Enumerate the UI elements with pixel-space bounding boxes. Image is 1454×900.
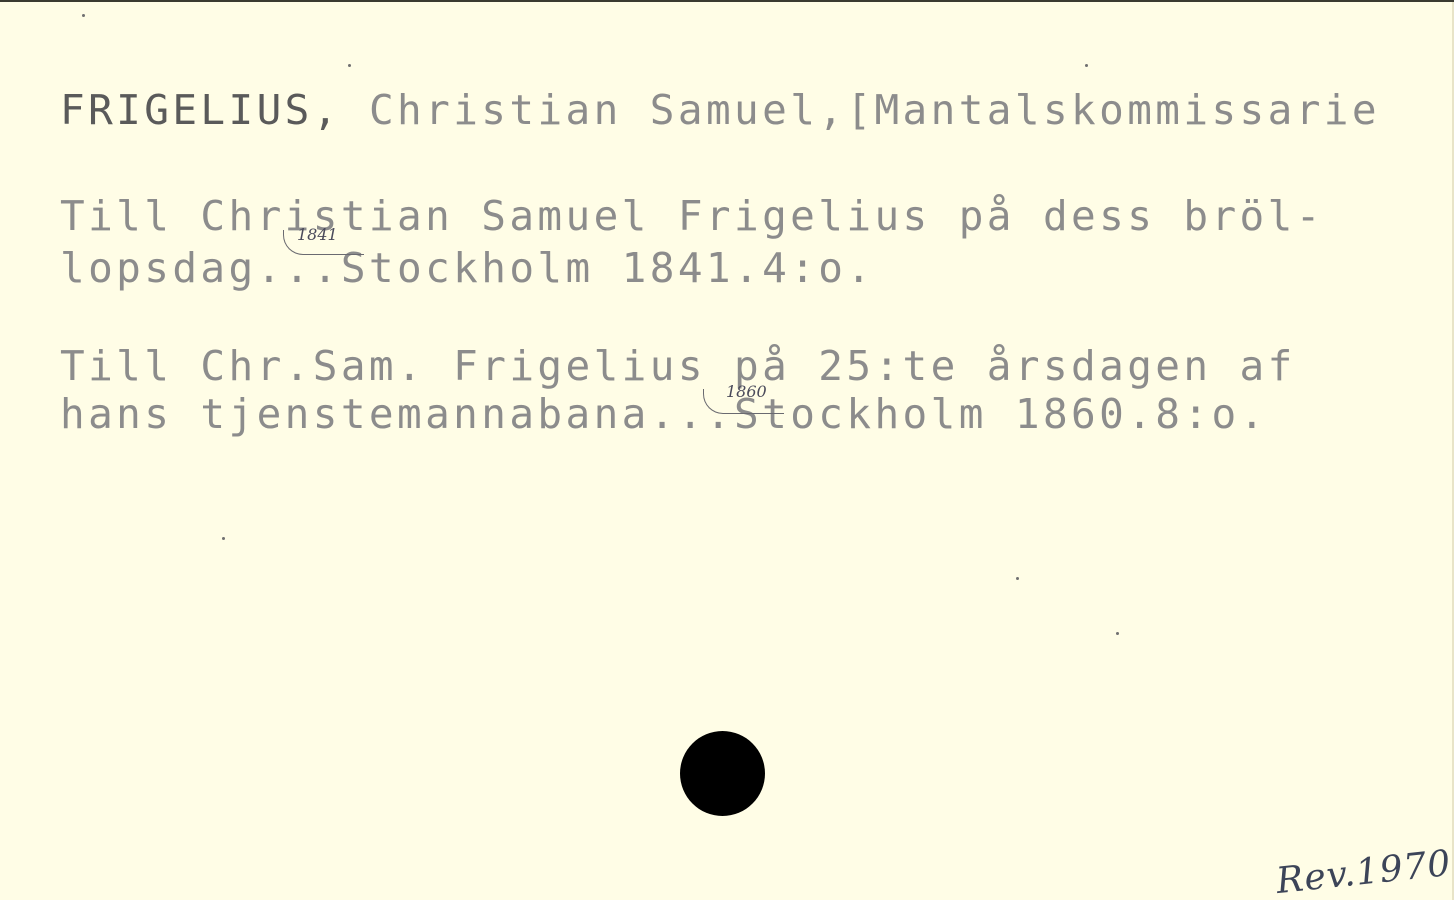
entry-2-line-1: Till Chr.Sam. Frigelius på 25:te årsdage…: [60, 342, 1296, 390]
heading-surname: FRIGELIUS,: [60, 86, 341, 134]
handwritten-year-1841: 1841: [297, 225, 338, 244]
heading-given-names: Christian Samuel,: [369, 86, 846, 134]
entry-1-line-2: lopsdag...Stockholm 1841.4:o.: [60, 244, 874, 292]
entry-2-line-2-before: hans tjenstemannabana...: [60, 390, 734, 438]
heading-title: [Mantalskommissarie: [846, 86, 1380, 134]
punch-hole: [680, 731, 765, 816]
entry-1-line-2-after: Stockholm 1841.4:o.: [341, 244, 875, 292]
entry-2-line-2: hans tjenstemannabana...Stockholm 1860.8…: [60, 390, 1268, 438]
scan-speck: [348, 64, 351, 67]
scan-speck: [1016, 577, 1019, 580]
scan-speck: [222, 537, 225, 540]
handwritten-year-1860: 1860: [726, 382, 767, 401]
entry-2-line-2-after: Stockholm 1860.8:o.: [734, 390, 1268, 438]
scan-speck: [82, 14, 85, 17]
scan-speck: [1116, 632, 1119, 635]
revision-note: Rev.1970: [1274, 843, 1453, 900]
scan-speck: [1085, 64, 1088, 67]
catalog-card: FRIGELIUS, Christian Samuel,[Mantalskomm…: [0, 0, 1454, 900]
entry-1-line-1: Till Christian Samuel Frigelius på dess …: [60, 192, 1324, 240]
card-heading: FRIGELIUS, Christian Samuel,[Mantalskomm…: [60, 86, 1380, 134]
